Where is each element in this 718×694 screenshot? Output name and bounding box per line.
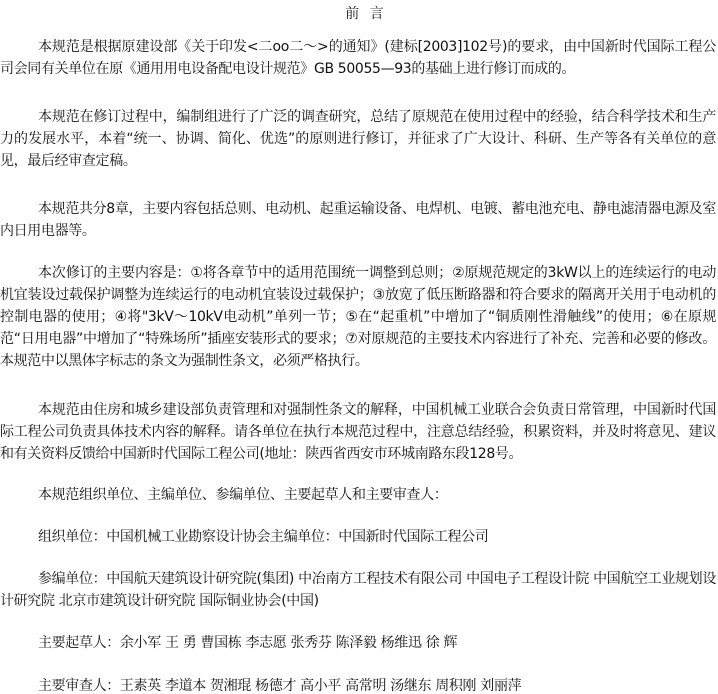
page-title: 前 言: [0, 4, 718, 24]
paragraph-basis: 本规范是根据原建设部《关于印发<二oo二～>的通知》(建标[2003]102号)…: [0, 36, 718, 80]
paragraph-drafters: 主要起草人：余小军 王 勇 曹国栋 李志愿 张秀芬 陈泽毅 杨维迅 徐 辉: [0, 632, 718, 654]
paragraph-reviewers: 主要审查人：王素英 李道本 贺湘琨 杨德才 高小平 高常明 汤继东 周积刚 刘丽…: [0, 675, 718, 694]
paragraph-organizing-unit: 组织单位：中国机械工业勘察设计协会主编单位：中国新时代国际工程公司: [0, 526, 718, 548]
paragraph-management: 本规范由住房和城乡建设部负责管理和对强制性条文的解释，中国机械工业联合会负责日常…: [0, 399, 718, 465]
paragraph-chapters: 本规范共分8章，主要内容包括总则、电动机、起重运输设备、电焊机、电镀、蓄电池充电…: [0, 198, 718, 242]
document-page: 前 言 本规范是根据原建设部《关于印发<二oo二～>的通知》(建标[2003]1…: [0, 0, 718, 694]
paragraph-participating-units: 参编单位：中国航天建筑设计研究院(集团) 中冶南方工程技术有限公司 中国电子工程…: [0, 568, 718, 612]
paragraph-main-changes: 本次修订的主要内容是：①将各章节中的适用范围统一调整到总则；②原规范规定的3kW…: [0, 262, 718, 372]
paragraph-units-intro: 本规范组织单位、主编单位、参编单位、主要起草人和主要审查人：: [0, 484, 718, 506]
paragraph-revision-process: 本规范在修订过程中，编制组进行了广泛的调查研究，总结了原规范在使用过程中的经验，…: [0, 106, 718, 172]
